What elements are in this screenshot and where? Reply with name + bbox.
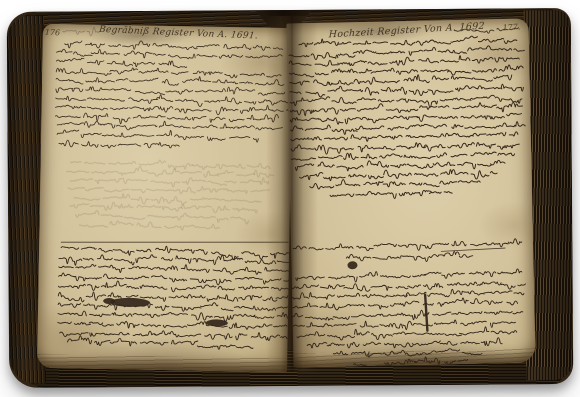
photo-canvas: 176 Begräbniß Register Von A. 1691. 177.… bbox=[0, 0, 580, 397]
right-page: 177. Hochzeit Register Von A. 1692 bbox=[286, 19, 535, 368]
right-page-handwriting bbox=[286, 19, 535, 368]
left-page-number: 176 bbox=[45, 28, 61, 38]
left-page-handwriting bbox=[37, 24, 293, 372]
left-page: 176 Begräbniß Register Von A. 1691. bbox=[37, 24, 293, 372]
right-page-number: 177. bbox=[502, 22, 520, 32]
